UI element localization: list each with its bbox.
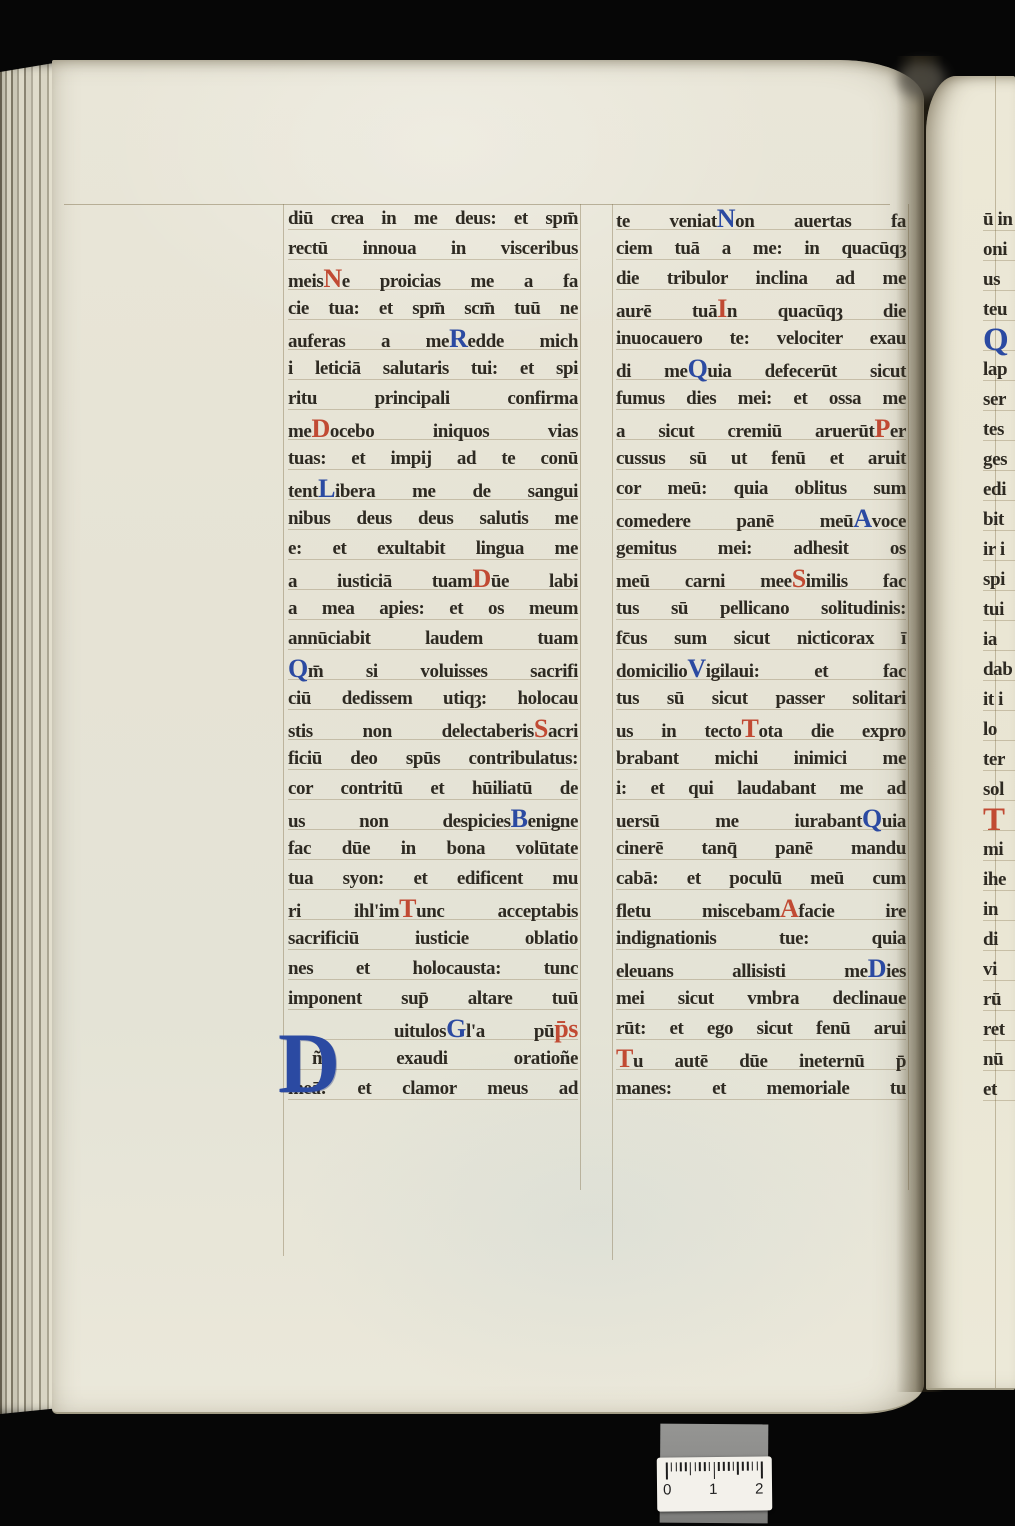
text-line: it i (983, 685, 1015, 715)
text-line: mei sicut vmbra declinaue (616, 984, 906, 1014)
text-line: us in tectoTota die expro (616, 714, 906, 744)
ruler-tick (675, 1462, 677, 1471)
text-line: inuocauero te: velociter exau (616, 324, 906, 354)
ruler-label-1: 1 (709, 1481, 718, 1498)
ruler-label-0: 0 (663, 1481, 672, 1498)
text-line: di meQuia defecerūt sicut (616, 354, 906, 384)
text-line: cor meū: quia oblitus sum (616, 474, 906, 504)
text-segment: sacrificiū iusticie oblatio (288, 928, 578, 949)
text-segment: dab (983, 659, 1012, 680)
text-segment: cabā: et poculū meū cum (616, 868, 906, 889)
text-line: tes (983, 415, 1015, 445)
text-segment: ir i (983, 539, 1005, 560)
text-line: fletu miscebamAfacie ire (616, 894, 906, 924)
text-line: gemitus mei: adhesit os (616, 534, 906, 564)
versal-initial: Q (983, 322, 1008, 358)
text-line: ir i (983, 535, 1015, 565)
text-line: sacrificiū iusticie oblatio (288, 924, 578, 954)
text-segment: di me (616, 361, 688, 382)
text-segment: ter (983, 749, 1005, 770)
book-photo: diū crea in me deus: et spm̄rectū innoua… (0, 0, 1015, 1526)
text-segment: me (288, 421, 311, 442)
text-line: edi (983, 475, 1015, 505)
text-segment: mei sicut vmbra declinaue (616, 988, 906, 1009)
ruler-tick (737, 1462, 739, 1475)
versal-initial: P (874, 414, 889, 443)
text-segment: diū crea in me deus: et spm̄ (288, 208, 578, 229)
facing-page-edge: ū inoniusteuQlapsertesgesedibitir ispitu… (926, 76, 1015, 1390)
versal-initial: N (323, 264, 341, 293)
text-segment: bit (983, 509, 1004, 530)
text-line: tus sū pellicano solitudinis: (616, 594, 906, 624)
ruler-tick (732, 1462, 734, 1471)
ruler-tick (718, 1462, 720, 1471)
text-segment: sol (983, 779, 1004, 800)
text-segment: annūciabit laudem tuam (288, 628, 578, 649)
text-segment: a sicut cremiū aruerūt (616, 421, 874, 442)
ruler-tick (709, 1462, 711, 1471)
text-line: ia (983, 625, 1015, 655)
text-segment: us (983, 269, 1000, 290)
text-segment: ibera me de sangui (335, 481, 578, 502)
illuminated-initial-D: D (278, 1022, 340, 1104)
text-line: rū (983, 985, 1015, 1015)
text-segment: ri ihl'im (288, 901, 399, 922)
versal-initial: Q (288, 654, 308, 683)
text-segment: uitulos (394, 1021, 446, 1042)
text-segment: lap (983, 359, 1007, 380)
text-segment: mi (983, 839, 1003, 860)
text-segment: aurē tuā (616, 301, 717, 322)
text-segment: ciū dedissem utiqȝ: holocau (288, 688, 578, 709)
text-line: teu (983, 295, 1015, 325)
text-segment: ficiū deo spūs contribulatus: (288, 748, 578, 769)
text-line: ū in (983, 205, 1015, 235)
versal-initial: T (983, 802, 1005, 838)
text-segment: ges (983, 449, 1007, 470)
text-line: us non despiciesBenigne (288, 804, 578, 834)
ruler-tick (728, 1462, 730, 1471)
text-line: Q (983, 325, 1015, 355)
text-segment: e: et exultabit lingua me (288, 538, 578, 559)
text-segment: edi (983, 479, 1006, 500)
text-line: lo (983, 715, 1015, 745)
text-segment: i: et qui laudabant me ad (616, 778, 906, 799)
text-segment: gemitus mei: adhesit os (616, 538, 906, 559)
text-segment: imilis fac (806, 571, 906, 592)
text-line: meisNe proicias me a fa (288, 264, 578, 294)
manuscript-page: diū crea in me deus: et spm̄rectū innoua… (52, 60, 924, 1414)
versal-initial: B (511, 804, 528, 833)
text-segment: tus sū sicut passer solitari (616, 688, 906, 709)
text-column-right: te veniatNon auertas faciem tuā a me: in… (616, 204, 906, 1104)
text-segment: fletu miscebam (616, 901, 780, 922)
text-line: ficiū deo spūs contribulatus: (288, 744, 578, 774)
text-line: tuas: et impij ad te conū (288, 444, 578, 474)
scale-ruler: 0 1 2 (657, 1456, 773, 1511)
text-line: te veniatNon auertas fa (616, 204, 906, 234)
text-segment: ū in (983, 209, 1013, 230)
ruler-tick (690, 1462, 692, 1475)
text-line: imponent sup̄ altare tuū (288, 984, 578, 1014)
text-segment: tus sū pellicano solitudinis: (616, 598, 906, 619)
versal-initial: A (780, 894, 798, 923)
text-segment: l'a pū (466, 1021, 554, 1042)
text-segment: nibus deus deus salutis me (288, 508, 578, 529)
text-segment: tua syon: et edificent mu (288, 868, 578, 889)
text-segment: ocebo iniquos vias (330, 421, 578, 442)
text-line: ciū dedissem utiqȝ: holocau (288, 684, 578, 714)
text-line: bit (983, 505, 1015, 535)
text-segment: us non despicies (288, 811, 511, 832)
text-line: ter (983, 745, 1015, 775)
text-line: spi (983, 565, 1015, 595)
ruler-tick (723, 1462, 725, 1471)
versal-initial: R (449, 324, 467, 353)
text-segment: rū (983, 989, 1001, 1010)
text-segment: di (983, 929, 998, 950)
text-segment: igilaui: et fac (706, 661, 906, 682)
text-segment: imponent sup̄ altare tuū (288, 988, 578, 1009)
text-line: annūciabit laudem tuam (288, 624, 578, 654)
text-segment: on auertas fa (735, 211, 906, 232)
text-line: ritu principali confirma (288, 384, 578, 414)
text-line: nū (983, 1045, 1015, 1075)
text-line: mi (983, 835, 1015, 865)
versal-initial: D (472, 564, 490, 593)
text-line: manes: et memoriale tu (616, 1074, 906, 1104)
text-line: die tribulor inclina ad me (616, 264, 906, 294)
text-line: eleuans allisisti meDies (616, 954, 906, 984)
text-line: di (983, 925, 1015, 955)
text-segment: ret (983, 1019, 1005, 1040)
text-segment: enigne (528, 811, 578, 832)
text-line: stis non delectaberisSacri (288, 714, 578, 744)
text-segment: uia defecerūt sicut (707, 361, 906, 382)
text-line: vi (983, 955, 1015, 985)
versal-initial: Q (688, 354, 708, 383)
text-column-left: diū crea in me deus: et spm̄rectū innoua… (288, 204, 578, 1104)
text-segment: brabant michi inimici me (616, 748, 906, 769)
text-segment: eleuans allisisti me (616, 961, 868, 982)
versal-initial: D (868, 954, 886, 983)
text-segment: rūt: et ego sicut fenū arui (616, 1018, 906, 1039)
text-segment: tes (983, 419, 1004, 440)
text-segment: cussus sū ut fenū et aruit (616, 448, 906, 469)
text-line: sol (983, 775, 1015, 805)
text-segment: fumus dies mei: et ossa me (616, 388, 906, 409)
text-segment: tuas: et impij ad te conū (288, 448, 578, 469)
text-line: tus sū sicut passer solitari (616, 684, 906, 714)
ruler-tick (671, 1462, 673, 1471)
text-line: auferas a meRedde mich (288, 324, 578, 354)
ruler-tick (713, 1462, 715, 1479)
text-line: cor contritū et hūiliatū de (288, 774, 578, 804)
text-line: Qm̄ si voluisses sacrifi (288, 654, 578, 684)
text-line: i: et qui laudabant me ad (616, 774, 906, 804)
text-segment: a mea apies: et os meum (288, 598, 578, 619)
text-segment: fc̄us sum sicut nicticorax ī (616, 628, 906, 649)
text-segment: unc acceptabis (416, 901, 578, 922)
text-line: a iusticiā tuamDūe labi (288, 564, 578, 594)
text-segment: us in tecto (616, 721, 741, 742)
text-segment: meis (288, 271, 323, 292)
text-segment: teu (983, 299, 1007, 320)
ruler-tick (694, 1462, 696, 1471)
versal-initial: N (717, 204, 735, 233)
text-segment: acri (548, 721, 578, 742)
versal-initial: L (318, 474, 335, 503)
text-line: meDocebo iniquos vias (288, 414, 578, 444)
text-line: indignationis tue: quia (616, 924, 906, 954)
text-segment: nes et holocausta: tunc (288, 958, 578, 979)
text-line: cinerē tanq̄ panē mandu (616, 834, 906, 864)
text-line: ciem tuā a me: in quacūqȝ (616, 234, 906, 264)
text-segment: auferas a me (288, 331, 449, 352)
text-segment: m̄ si voluisses sacrifi (308, 661, 578, 682)
versal-initial: S (534, 714, 548, 743)
text-segment: die tribulor inclina ad me (616, 268, 906, 289)
text-segment: tui (983, 599, 1004, 620)
text-line: domicilioVigilaui: et fac (616, 654, 906, 684)
text-segment: cor contritū et hūiliatū de (288, 778, 578, 799)
text-segment: ñe exaudi oratioñe (312, 1048, 578, 1069)
text-segment: ia (983, 629, 997, 650)
text-line: a sicut cremiū aruerūtPer (616, 414, 906, 444)
text-line: diū crea in me deus: et spm̄ (288, 204, 578, 234)
text-line: i leticiā salutaris tui: et spi (288, 354, 578, 384)
text-line: comedere panē meūAvoce (616, 504, 906, 534)
text-segment: a iusticiā tuam (288, 571, 472, 592)
text-line: us (983, 265, 1015, 295)
versal-initial: D (311, 414, 329, 443)
ruler-tick (742, 1462, 744, 1471)
text-segment: ser (983, 389, 1006, 410)
ruler-tick (761, 1461, 763, 1478)
text-line: ges (983, 445, 1015, 475)
text-segment: ota die expro (758, 721, 906, 742)
text-line: T (983, 805, 1015, 835)
ruler-tick (666, 1462, 668, 1479)
text-segment: rectū innoua in visceribus (288, 238, 578, 259)
text-line: tentLibera me de sangui (288, 474, 578, 504)
ruler-tick (752, 1462, 754, 1471)
ruler-tick (747, 1462, 749, 1471)
text-line: uersū me iurabantQuia (616, 804, 906, 834)
text-segment: ūe labi (491, 571, 578, 592)
text-segment: n quacūqȝ die (727, 301, 906, 322)
text-segment: te veniat (616, 211, 717, 232)
versal-initial: T (741, 714, 758, 743)
versal-initial: T (399, 894, 416, 923)
text-line: nibus deus deus salutis me (288, 504, 578, 534)
text-segment: spi (983, 569, 1005, 590)
text-line: e: et exultabit lingua me (288, 534, 578, 564)
text-line: fumus dies mei: et ossa me (616, 384, 906, 414)
text-segment: et (983, 1079, 997, 1100)
text-segment: oni (983, 239, 1007, 260)
text-segment: it i (983, 689, 1003, 710)
ruler-tick (699, 1462, 701, 1471)
text-segment: ihe (983, 869, 1006, 890)
text-line: tui (983, 595, 1015, 625)
text-segment: vi (983, 959, 997, 980)
text-segment: inuocauero te: velociter exau (616, 328, 906, 349)
text-line: nes et holocausta: tunc (288, 954, 578, 984)
text-segment: u autē dūe ineternū p̄ (633, 1051, 906, 1072)
text-line: cie tua: et spm̄ scm̄ tuū ne (288, 294, 578, 324)
text-segment: in (983, 899, 998, 920)
text-line: rūt: et ego sicut fenū arui (616, 1014, 906, 1044)
versal-initial: G (446, 1014, 466, 1043)
text-segment: cinerē tanq̄ panē mandu (616, 838, 906, 859)
text-line: rectū innoua in visceribus (288, 234, 578, 264)
text-segment: ritu principali confirma (288, 388, 578, 409)
ruler-label-2: 2 (755, 1480, 764, 1497)
text-line: cabā: et poculū meū cum (616, 864, 906, 894)
facing-page-text-sliver: ū inoniusteuQlapsertesgesedibitir ispitu… (983, 205, 1015, 1105)
text-line: in (983, 895, 1015, 925)
text-line: brabant michi inimici me (616, 744, 906, 774)
ruler-tick (756, 1462, 758, 1471)
text-segment: fac dūe in bona volūtate (288, 838, 578, 859)
text-segment: comedere panē meū (616, 511, 853, 532)
text-line: et (983, 1075, 1015, 1105)
text-line: meū carni meeSimilis fac (616, 564, 906, 594)
versal-initial: S (792, 564, 806, 593)
text-segment: facie ire (798, 901, 906, 922)
text-line: ri ihl'imTunc acceptabis (288, 894, 578, 924)
text-segment: cor meū: quia oblitus sum (616, 478, 906, 499)
ruler-tick (685, 1462, 687, 1471)
text-segment: lo (983, 719, 997, 740)
text-line: ihe (983, 865, 1015, 895)
text-segment: domicilio (616, 661, 687, 682)
versal-initial: V (687, 654, 705, 683)
text-line: fac dūe in bona volūtate (288, 834, 578, 864)
text-segment: nū (983, 1049, 1003, 1070)
text-segment: indignationis tue: quia (616, 928, 906, 949)
text-segment: manes: et memoriale tu (616, 1078, 906, 1099)
versal-initial: I (717, 294, 727, 323)
text-line: cussus sū ut fenū et aruit (616, 444, 906, 474)
text-line: oni (983, 235, 1015, 265)
text-line: lap (983, 355, 1015, 385)
text-segment: stis non delectaberis (288, 721, 534, 742)
text-line: dab (983, 655, 1015, 685)
page-edge-stack (0, 62, 60, 1414)
text-segment: uersū me iurabant (616, 811, 862, 832)
versal-initial: A (853, 504, 871, 533)
ruler-labels: 0 1 2 (657, 1480, 772, 1503)
column-ruling-line (612, 204, 613, 1260)
text-segment: i leticiā salutaris tui: et spi (288, 358, 578, 379)
text-segment: edde mich (468, 331, 579, 352)
text-line: ret (983, 1015, 1015, 1045)
text-segment: cie tua: et spm̄ scm̄ tuū ne (288, 298, 578, 319)
text-line: tua syon: et edificent mu (288, 864, 578, 894)
text-line: a mea apies: et os meum (288, 594, 578, 624)
text-line: Tu autē dūe ineternū p̄ (616, 1044, 906, 1074)
versal-initial: p̄s (554, 1014, 578, 1043)
ruler-tick (704, 1462, 706, 1471)
text-line: ser (983, 385, 1015, 415)
ruler-ticks (666, 1461, 763, 1480)
text-line: fc̄us sum sicut nicticorax ī (616, 624, 906, 654)
versal-initial: T (616, 1044, 633, 1073)
text-line: aurē tuāIn quacūqȝ die (616, 294, 906, 324)
text-segment: e proicias me a fa (342, 271, 578, 292)
column-ruling-line (580, 204, 581, 1190)
text-segment: tent (288, 481, 318, 502)
text-segment: meū carni mee (616, 571, 792, 592)
text-segment: ciem tuā a me: in quacūqȝ (616, 238, 906, 259)
versal-initial: Q (862, 804, 882, 833)
ruler-tick (680, 1462, 682, 1471)
